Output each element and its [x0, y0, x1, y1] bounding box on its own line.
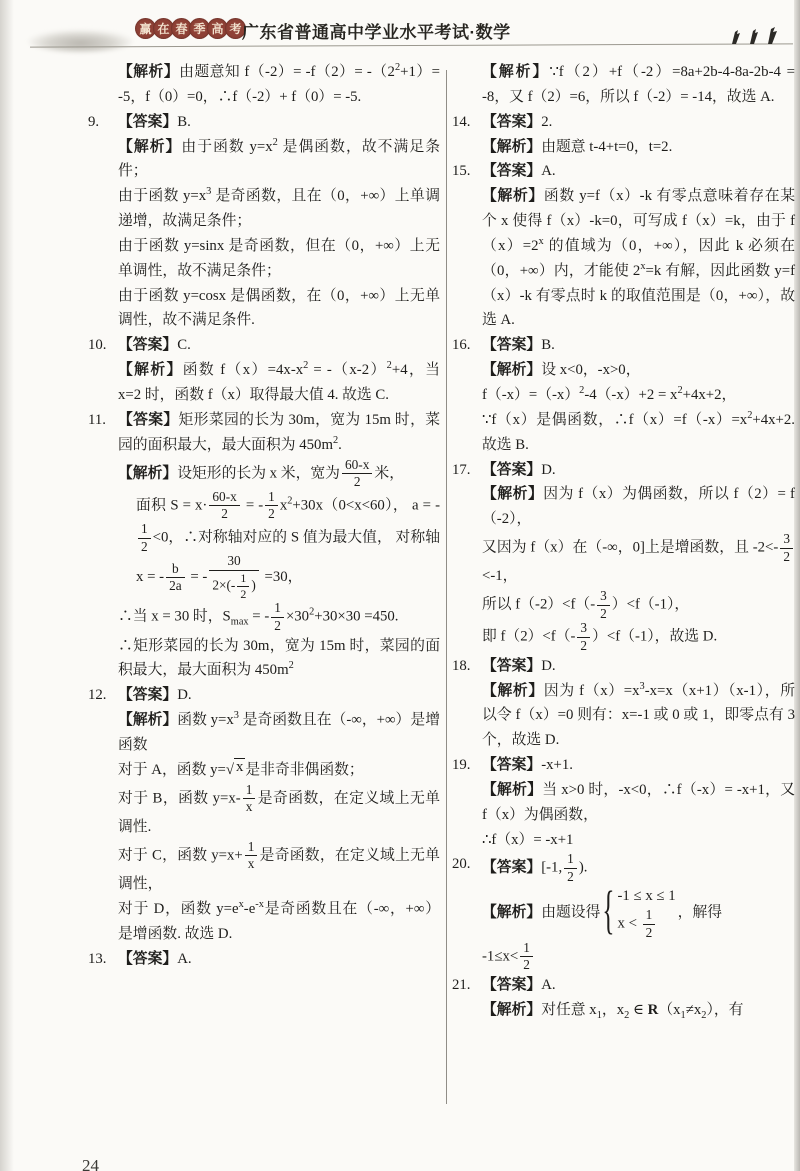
answer-paragraph: 【解析】由于函数 y=x2 是偶函数，故不满足条件； [88, 135, 440, 185]
answer-paragraph: 【解析】因为 f（x）为偶函数，所以 f（2）= f（-2）， [452, 482, 795, 532]
answer-paragraph: 【解析】函数 f（x）=4x-x2 = -（x-2）2+4，当 x=2 时，函数… [88, 358, 440, 408]
item-number: 19. [452, 753, 478, 778]
answer-paragraph: 即 f（2）<f（-32）<f（-1），故选 D. [452, 621, 795, 653]
answer-paragraph: 【解析】由题意知 f（-2）= -f（2）= -（22+1）= -5，f（0）=… [88, 60, 440, 110]
brand-logo: 赢 在 春 季 高 考 [138, 18, 246, 39]
answer-paragraph: 又因为 f（x）在（-∞，0]上是增函数，且 -2<-32<-1， [452, 532, 795, 589]
item-number: 21. [452, 973, 478, 998]
answer-paragraph: 【解析】函数 y=f（x）-k 有零点意味着存在某个 x 使得 f（x）-k=0… [452, 184, 795, 333]
answer-paragraph: 【解析】因为 f（x）=x3-x=x（x+1）（x-1），所以令 f（x）=0 … [452, 679, 795, 754]
answer-paragraph: 15.【答案】A. [452, 159, 795, 184]
answer-paragraph: 10.【答案】C. [88, 333, 440, 358]
answer-paragraph: 【解析】设 x<0，-x>0， [452, 358, 795, 383]
answer-paragraph: ∵f（x）是偶函数，∴f（x）=f（-x）=x2+4x+2. 故选 B. [452, 408, 795, 458]
answer-paragraph: 【解析】当 x>0 时，-x<0，∴f（-x）= -x+1，又 f（x）为偶函数… [452, 778, 795, 828]
answer-paragraph: ∴矩形菜园的长为 30m，宽为 15m 时，菜园的面积最大，最大面积为 450m… [88, 634, 440, 684]
answer-paragraph: 19.【答案】-x+1. [452, 753, 795, 778]
answer-paragraph: 对于 A，函数 y=√x是非奇非偶函数； [88, 758, 440, 783]
answer-paragraph: 【解析】由题意 t-4+t=0，t=2. [452, 135, 795, 160]
page-title: 广东省普通高中学业水平考试·数学 [242, 18, 511, 43]
answer-paragraph: 21.【答案】A. [452, 973, 795, 998]
birds-decoration [730, 26, 782, 46]
answer-paragraph: 由于函数 y=cosx 是偶函数，在（0，+∞）上无单调性，故不满足条件. [88, 284, 440, 334]
answer-paragraph: 18.【答案】D. [452, 654, 795, 679]
item-number: 14. [452, 110, 478, 135]
answer-paragraph: 16.【答案】B. [452, 333, 795, 358]
answer-paragraph: 11.【答案】矩形菜园的长为 30m，宽为 15m 时，菜园的面积最大，最大面积… [88, 408, 440, 458]
answer-paragraph: -1≤x<12 [452, 941, 795, 973]
answer-paragraph: ∴f（x）= -x+1 [452, 828, 795, 853]
answer-paragraph: 20.【答案】[-1,12). [452, 852, 795, 884]
item-number: 20. [452, 852, 478, 877]
answer-paragraph: 【解析】由题设得{-1 ≤ x ≤ 1x < 12，解得 [452, 885, 795, 941]
page-header: 赢 在 春 季 高 考 广东省普通高中学业水平考试·数学 [0, 14, 800, 48]
answer-paragraph: 14.【答案】2. [452, 110, 795, 135]
column-divider [446, 70, 447, 1104]
answer-paragraph: 【解析】∵f（2）+f（-2）=8a+2b-4-8a-2b-4 = -8，又 f… [452, 60, 795, 110]
answer-paragraph: 由于函数 y=x3 是奇函数，且在（0，+∞）上单调递增，故满足条件； [88, 184, 440, 234]
item-number: 11. [88, 408, 114, 433]
answer-paragraph: 对于 D，函数 y=ex-e-x是奇函数且在（-∞，+∞）是增函数. 故选 D. [88, 897, 440, 947]
answer-paragraph: 【解析】函数 y=x3 是奇函数且在（-∞，+∞）是增函数 [88, 708, 440, 758]
answer-paragraph: 【解析】对任意 x1，x2 ∈ R（x1≠x2），有 [452, 998, 795, 1023]
bird-icon [732, 30, 740, 44]
item-number: 15. [452, 159, 478, 184]
smudge-decoration [28, 30, 133, 52]
item-number: 9. [88, 110, 114, 135]
left-column: 【解析】由题意知 f（-2）= -f（2）= -（22+1）= -5，f（0）=… [88, 60, 440, 971]
answer-paragraph: 17.【答案】D. [452, 458, 795, 483]
item-number: 18. [452, 654, 478, 679]
item-number: 12. [88, 683, 114, 708]
answer-paragraph: f（-x）=（-x）2-4（-x）+2 = x2+4x+2， [452, 383, 795, 408]
answer-paragraph: 13.【答案】A. [88, 947, 440, 972]
bird-icon [750, 29, 758, 44]
right-column: 【解析】∵f（2）+f（-2）=8a+2b-4-8a-2b-4 = -8，又 f… [452, 60, 795, 1023]
item-number: 13. [88, 947, 114, 972]
item-number: 16. [452, 333, 478, 358]
answer-paragraph: 9.【答案】B. [88, 110, 440, 135]
answer-paragraph: 【解析】设矩形的长为 x 米，宽为60-x2米， [88, 458, 440, 490]
item-number: 10. [88, 333, 114, 358]
answer-paragraph: 由于函数 y=sinx 是奇函数，但在（0，+∞）上无单调性，故不满足条件； [88, 234, 440, 284]
answer-paragraph: 所以 f（-2）<f（-32）<f（-1）， [452, 589, 795, 621]
bird-icon [768, 27, 777, 44]
page-number: 24 [82, 1156, 99, 1171]
scan-left-shadow [0, 0, 14, 1171]
answer-paragraph: 对于 C，函数 y=x+1x是奇函数，在定义域上无单调性， [88, 840, 440, 897]
answer-paragraph: ∴当 x = 30 时，Smax = -12×302+30×30 =450. [88, 601, 440, 633]
answer-paragraph: 对于 B，函数 y=x-1x是奇函数，在定义域上无单调性. [88, 783, 440, 840]
item-number: 17. [452, 458, 478, 483]
answer-paragraph: 面积 S = x·60-x2 = -12x2+30x（0<x<60）， a = … [88, 490, 440, 602]
answer-paragraph: 12.【答案】D. [88, 683, 440, 708]
header-rule [30, 43, 793, 47]
